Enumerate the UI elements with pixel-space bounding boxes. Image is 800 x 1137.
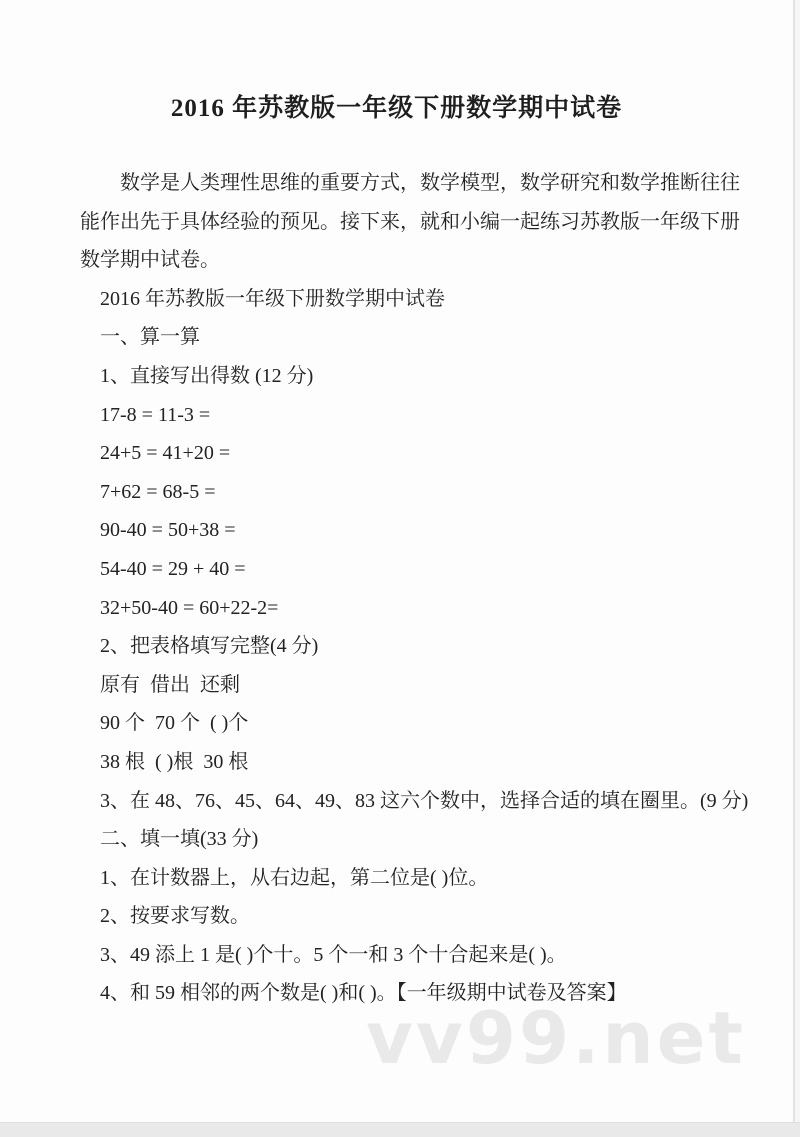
text-line: 数学期中试卷。 [80,241,780,280]
question-line: 3、在 48、76、45、64、49、83 这六个数中，选择合适的填在圈里。(9… [80,782,780,821]
table-header-row: 原有 借出 还剩 [80,666,780,705]
text-line: 能作出先于具体经验的预见。接下来，就和小编一起练习苏教版一年级下册 [80,203,780,242]
table-row: 90 个 70 个 ( )个 [80,704,780,743]
page-right-gutter [793,0,800,1137]
text-line: 数学是人类理性思维的重要方式，数学模型，数学研究和数学推断往往 [80,164,780,203]
document-body: 数学是人类理性思维的重要方式，数学模型，数学研究和数学推断往往 能作出先于具体经… [80,164,780,1013]
question-line: 3、49 添上 1 是( )个十。5 个一和 3 个十合起来是( )。 [80,936,780,975]
page-title: 2016 年苏教版一年级下册数学期中试卷 [0,88,793,124]
equation-line: 32+50-40 = 60+22-2= [80,589,780,628]
table-row: 38 根 ( )根 30 根 [80,743,780,782]
equation-line: 90-40 = 50+38 = [80,511,780,550]
question-line: 4、和 59 相邻的两个数是( )和( )。【一年级期中试卷及答案】 [80,974,780,1013]
question-line: 1、直接写出得数 (12 分) [80,357,780,396]
equation-line: 24+5 = 41+20 = [80,434,780,473]
question-line: 1、在计数器上，从右边起，第二位是( )位。 [80,859,780,898]
page-bottom-edge [0,1122,800,1137]
subtitle-line: 2016 年苏教版一年级下册数学期中试卷 [80,280,780,319]
equation-line: 54-40 = 29 + 40 = [80,550,780,589]
section-heading: 二、填一填(33 分) [80,820,780,859]
question-line: 2、按要求写数。 [80,897,780,936]
section-heading: 一、算一算 [80,318,780,357]
document-page: 2016 年苏教版一年级下册数学期中试卷 数学是人类理性思维的重要方式，数学模型… [0,0,793,1137]
equation-line: 7+62 = 68-5 = [80,473,780,512]
equation-line: 17-8 = 11-3 = [80,396,780,435]
question-line: 2、把表格填写完整(4 分) [80,627,780,666]
